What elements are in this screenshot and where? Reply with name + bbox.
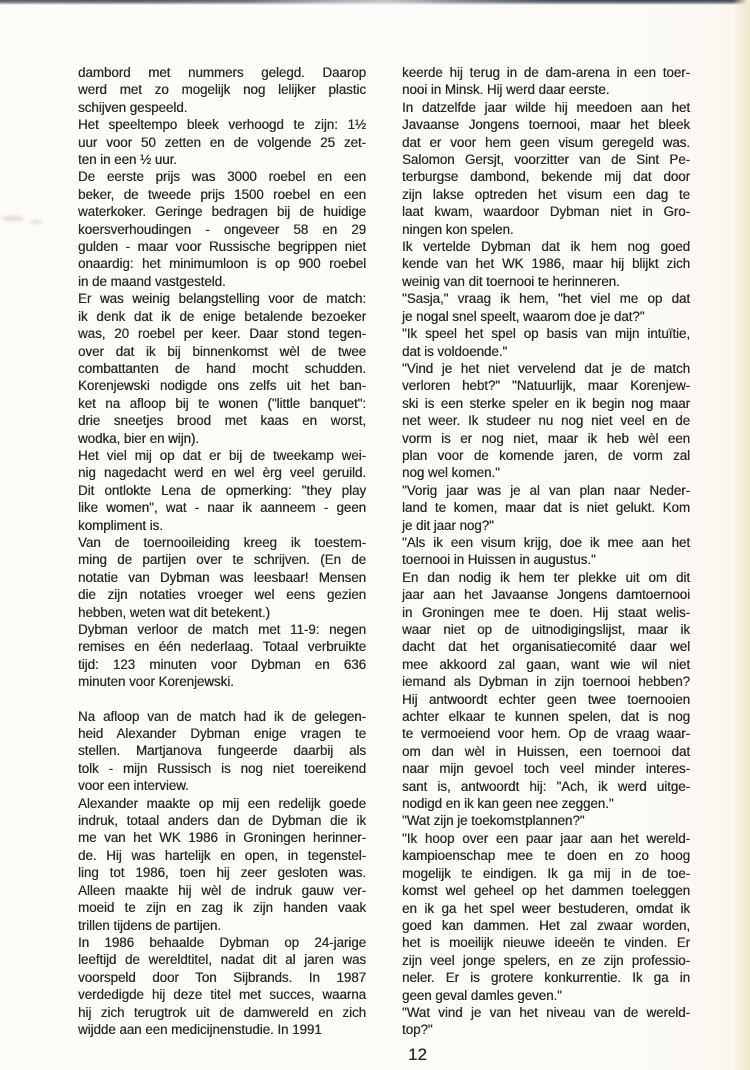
scan-artifact-top-edge xyxy=(0,0,746,5)
text-line: onaardig: het minimumloon is op 900 roeb… xyxy=(78,255,366,272)
text-line: Javaanse Jongens toernooi, maar het blee… xyxy=(402,116,690,133)
paragraph: Het viel mij op dat er bij de tweekamp w… xyxy=(78,447,366,534)
paragraph: Dybman verloor de match met 11-9: negenr… xyxy=(78,621,366,691)
text-line: nooi in Minsk. Hij werd daar eerste. xyxy=(402,81,690,98)
text-line: Salomon Gersjt, voorzitter van de Sint P… xyxy=(402,151,690,168)
text-line: over dat ik bij binnenkomst wèl de twee xyxy=(78,343,366,360)
text-line: "Wat zijn je toekomstplannen?" xyxy=(402,812,690,829)
text-line: keerde hij terug in de dam-arena in een … xyxy=(402,64,690,81)
article-body: dambord met nummers gelegd. Daaropwerd m… xyxy=(78,64,690,1039)
text-line: Alleen maakte hij wèl de indruk gauw ver… xyxy=(78,882,366,899)
text-line: achter elkaar te kunnen spelen, dat is n… xyxy=(402,708,690,725)
paragraph: "Wat vind je van het niveau van de werel… xyxy=(402,1004,690,1039)
text-line: zijn lakse optreden het visum een dag te xyxy=(402,186,690,203)
text-line: geen geval damles geven." xyxy=(402,987,690,1004)
text-line: dacht dat het organisatiecomité daar wel xyxy=(402,638,690,655)
text-line: "Wat vind je van het niveau van de werel… xyxy=(402,1004,690,1021)
text-line: mogelijk te eindigen. Ik ga mij in de to… xyxy=(402,865,690,882)
text-line: trillen tijdens de partijen. xyxy=(78,917,366,934)
text-line: ming de partijen over te schrijven. (En … xyxy=(78,551,366,568)
text-line: kende van het WK 1986, maar hij blijkt z… xyxy=(402,255,690,272)
text-line: verdedigde hij deze titel met succes, wa… xyxy=(78,986,366,1003)
text-line: Hij antwoordt echter geen twee toernooie… xyxy=(402,691,690,708)
text-line: stellen. Martjanova fungeerde daarbij al… xyxy=(78,742,366,759)
text-line: te vermoeiend voor hem. Op de vraag waar… xyxy=(402,725,690,742)
text-line: terburgse dambond, bekende mij dat door xyxy=(402,168,690,185)
text-line: mee akkoord zal gaan, want wie wil niet xyxy=(402,656,690,673)
paragraph: "Als ik een visum krijg, doe ik mee aan … xyxy=(402,534,690,569)
right-column: keerde hij terug in de dam-arena in een … xyxy=(402,64,690,1039)
text-line: voorspeld door Ton Sijbrands. In 1987 xyxy=(78,969,366,986)
text-line: "Vorig jaar was je al van plan naar Nede… xyxy=(402,482,690,499)
text-line: heid Alexander Dybman enige vragen te xyxy=(78,725,366,742)
text-line: remises en één nederlaag. Totaal verbrui… xyxy=(78,638,366,655)
paragraph: "Wat zijn je toekomstplannen?" xyxy=(402,812,690,829)
scanned-magazine-page: dambord met nummers gelegd. Daaropwerd m… xyxy=(0,0,750,1070)
text-line: werd met zo mogelijk nog lelijker plasti… xyxy=(78,81,366,98)
paragraph: Ik vertelde Dybman dat ik hem nog goedke… xyxy=(402,238,690,290)
text-line: neler. Er is grotere konkurrentie. Ik ga… xyxy=(402,969,690,986)
text-line: verloren hebt?" "Natuurlijk, maar Korenj… xyxy=(402,377,690,394)
scan-smudge-left-margin xyxy=(2,216,24,221)
text-line: Ik vertelde Dybman dat ik hem nog goed xyxy=(402,238,690,255)
text-line: top?" xyxy=(402,1021,690,1038)
text-line: Dit ontlokte Lena de opmerking: "they pl… xyxy=(78,482,366,499)
paragraph: "Ik speel het spel op basis van mijn int… xyxy=(402,325,690,360)
text-line: hij zich terugtrok uit de damwereld en z… xyxy=(78,1004,366,1021)
text-line: was, 20 roebel per keer. Daar stond tege… xyxy=(78,325,366,342)
paragraph: Alexander maakte op mij een redelijk goe… xyxy=(78,795,366,934)
text-line: En dan nodig ik hem ter plekke uit om di… xyxy=(402,569,690,586)
page-number: 12 xyxy=(408,1045,427,1065)
text-line: laat kwam, waardoor Dybman niet in Gro- xyxy=(402,203,690,220)
text-line: plan voor de komende jaren, de vorm zal xyxy=(402,447,690,464)
text-line: dat er voor hem geen visum geregeld was. xyxy=(402,134,690,151)
paragraph: In datzelfde jaar wilde hij meedoen aan … xyxy=(402,99,690,238)
paragraph: En dan nodig ik hem ter plekke uit om di… xyxy=(402,569,690,813)
text-line: zijn veel jonge spelers, en ze zijn prof… xyxy=(402,952,690,969)
text-line: hebben, weten wat dit betekent.) xyxy=(78,604,366,621)
text-line: in de maand vastgesteld. xyxy=(78,273,366,290)
text-line: "Ik hoop over een paar jaar aan het were… xyxy=(402,830,690,847)
text-line: toernooi in Huissen in augustus." xyxy=(402,551,690,568)
paragraph: Het speeltempo bleek verhoogd te zijn: 1… xyxy=(78,116,366,168)
paragraph: In 1986 behaalde Dybman op 24-jarigeleef… xyxy=(78,934,366,1038)
text-line: schijven gespeeld. xyxy=(78,99,366,116)
text-line: ket na afloop bij te wonen ("little banq… xyxy=(78,395,366,412)
text-line: kampioenschap mee te doen en zo hoog xyxy=(402,847,690,864)
left-column: dambord met nummers gelegd. Daaropwerd m… xyxy=(78,64,366,1039)
text-line: vorm is er nog niet, maar ik heb wèl een xyxy=(402,430,690,447)
scan-smudge-left-margin xyxy=(30,220,43,224)
text-line: nig nagedacht werd en wel èrg veel gerui… xyxy=(78,464,366,481)
text-line: die zijn notaties vroeger wel eens gezie… xyxy=(78,586,366,603)
text-line: minuten voor Korenjewski. xyxy=(78,673,366,690)
text-line: net weer. Ik studeer nu nog niet veel en… xyxy=(402,412,690,429)
text-line: De eerste prijs was 3000 roebel en een xyxy=(78,168,366,185)
paragraph: Na afloop van de match had ik de gelegen… xyxy=(78,708,366,795)
text-line: ik denk dat ik de enige betalende bezoek… xyxy=(78,308,366,325)
paragraph: "Sasja," vraag ik hem, "het viel me op d… xyxy=(402,290,690,325)
text-line: om dan wèl in Huissen, een toernooi dat xyxy=(402,743,690,760)
text-line: kompliment is. xyxy=(78,517,366,534)
scan-artifact-right-page-edge xyxy=(733,0,750,1070)
text-line: waar niet op de uitnodigingslijst, maar … xyxy=(402,621,690,638)
text-line: de. Hij was hartelijk en open, in tegens… xyxy=(78,847,366,864)
text-line: wijdde aan een medicijnenstudie. In 1991 xyxy=(78,1021,366,1038)
text-line: tolk - mijn Russisch is nog niet toereik… xyxy=(78,760,366,777)
text-line: ningen kon spelen. xyxy=(402,221,690,238)
text-line: nodigd en ik kan geen nee zeggen." xyxy=(402,795,690,812)
text-line: indruk, totaal anders dan de Dybman die … xyxy=(78,812,366,829)
text-line: sant is, antwoordt hij: "Ach, ik werd ui… xyxy=(402,778,690,795)
text-line: In datzelfde jaar wilde hij meedoen aan … xyxy=(402,99,690,116)
text-line: je nogal snel speelt, waarom doe je dat?… xyxy=(402,308,690,325)
text-line: leeftijd de wereldtitel, nadat dit al ja… xyxy=(78,951,366,968)
text-line: goed kan dammen. Het zal zwaar worden, xyxy=(402,917,690,934)
text-line: "Sasja," vraag ik hem, "het viel me op d… xyxy=(402,290,690,307)
text-line: me van het WK 1986 in Groningen herinner… xyxy=(78,829,366,846)
text-line: Na afloop van de match had ik de gelegen… xyxy=(78,708,366,725)
text-line: Alexander maakte op mij een redelijk goe… xyxy=(78,795,366,812)
paragraph: dambord met nummers gelegd. Daaropwerd m… xyxy=(78,64,366,116)
text-line: land te komen, maar dat is niet gelukt. … xyxy=(402,499,690,516)
text-line: "Ik speel het spel op basis van mijn int… xyxy=(402,325,690,342)
text-line: dat is voldoende." xyxy=(402,343,690,360)
text-line: In 1986 behaalde Dybman op 24-jarige xyxy=(78,934,366,951)
text-line: ten in een ½ uur. xyxy=(78,151,366,168)
paragraph: De eerste prijs was 3000 roebel en eenbe… xyxy=(78,168,366,290)
text-line: ski is een sterke speler en ik begin nog… xyxy=(402,395,690,412)
text-line: jaar aan het Javaanse Jongens damtoernoo… xyxy=(402,586,690,603)
text-line: wodka, bier en wijn). xyxy=(78,430,366,447)
text-line: gulden - maar voor Russische begrippen n… xyxy=(78,238,366,255)
text-line: drie sneetjes brood met kaas en worst, xyxy=(78,412,366,429)
text-line: combattanten de hand mocht schudden. xyxy=(78,360,366,377)
text-line: Het viel mij op dat er bij de tweekamp w… xyxy=(78,447,366,464)
text-line: Dybman verloor de match met 11-9: negen xyxy=(78,621,366,638)
text-line: iemand als Dybman in zijn toernooi hebbe… xyxy=(402,673,690,690)
text-line: dambord met nummers gelegd. Daarop xyxy=(78,64,366,81)
text-line: "Als ik een visum krijg, doe ik mee aan … xyxy=(402,534,690,551)
text-line: koersverhoudingen - ongeveer 58 en 29 xyxy=(78,221,366,238)
text-line: tijd: 123 minuten voor Dybman en 636 xyxy=(78,656,366,673)
text-line: beker, de tweede prijs 1500 roebel en ee… xyxy=(78,186,366,203)
text-line: in Groningen mee te doen. Hij staat weli… xyxy=(402,604,690,621)
text-line: weinig van dit toernooi te herinneren. xyxy=(402,273,690,290)
text-line: naar mijn gevoel toch veel minder intere… xyxy=(402,760,690,777)
text-line: "Vind je het niet vervelend dat je de ma… xyxy=(402,360,690,377)
text-line: like women", wat - naar ik aanneem - gee… xyxy=(78,499,366,516)
text-line: het is moeilijk nieuwe ideeën te vinden.… xyxy=(402,934,690,951)
text-line: notatie van Dybman was leesbaar! Mensen xyxy=(78,569,366,586)
text-line: Korenjewski nodigde ons zelfs uit het ba… xyxy=(78,377,366,394)
paragraph: "Vind je het niet vervelend dat je de ma… xyxy=(402,360,690,482)
text-line: uur voor 50 zetten en de volgende 25 zet… xyxy=(78,134,366,151)
text-line: Van de toernooileiding kreeg ik toestem- xyxy=(78,534,366,551)
paragraph: Van de toernooileiding kreeg ik toestem-… xyxy=(78,534,366,621)
text-line: waterkoker. Geringe bedragen bij de huid… xyxy=(78,203,366,220)
text-line: Het speeltempo bleek verhoogd te zijn: 1… xyxy=(78,116,366,133)
text-line: ling tot 1986, toen hij zeer gesloten wa… xyxy=(78,864,366,881)
text-line: voor een interview. xyxy=(78,777,366,794)
text-line: en ik ga het spel weer bestuderen, omdat… xyxy=(402,900,690,917)
text-line: je dit jaar nog?" xyxy=(402,517,690,534)
paragraph: keerde hij terug in de dam-arena in een … xyxy=(402,64,690,99)
text-line: Er was weinig belangstelling voor de mat… xyxy=(78,290,366,307)
paragraph: Er was weinig belangstelling voor de mat… xyxy=(78,290,366,447)
paragraph: "Ik hoop over een paar jaar aan het were… xyxy=(402,830,690,1004)
paragraph: "Vorig jaar was je al van plan naar Nede… xyxy=(402,482,690,534)
text-line: komst wel geheel op het dammen toeleggen xyxy=(402,882,690,899)
text-line: moeid te zijn en zag ik zijn handen vaak xyxy=(78,899,366,916)
text-line: nog wel komen." xyxy=(402,464,690,481)
